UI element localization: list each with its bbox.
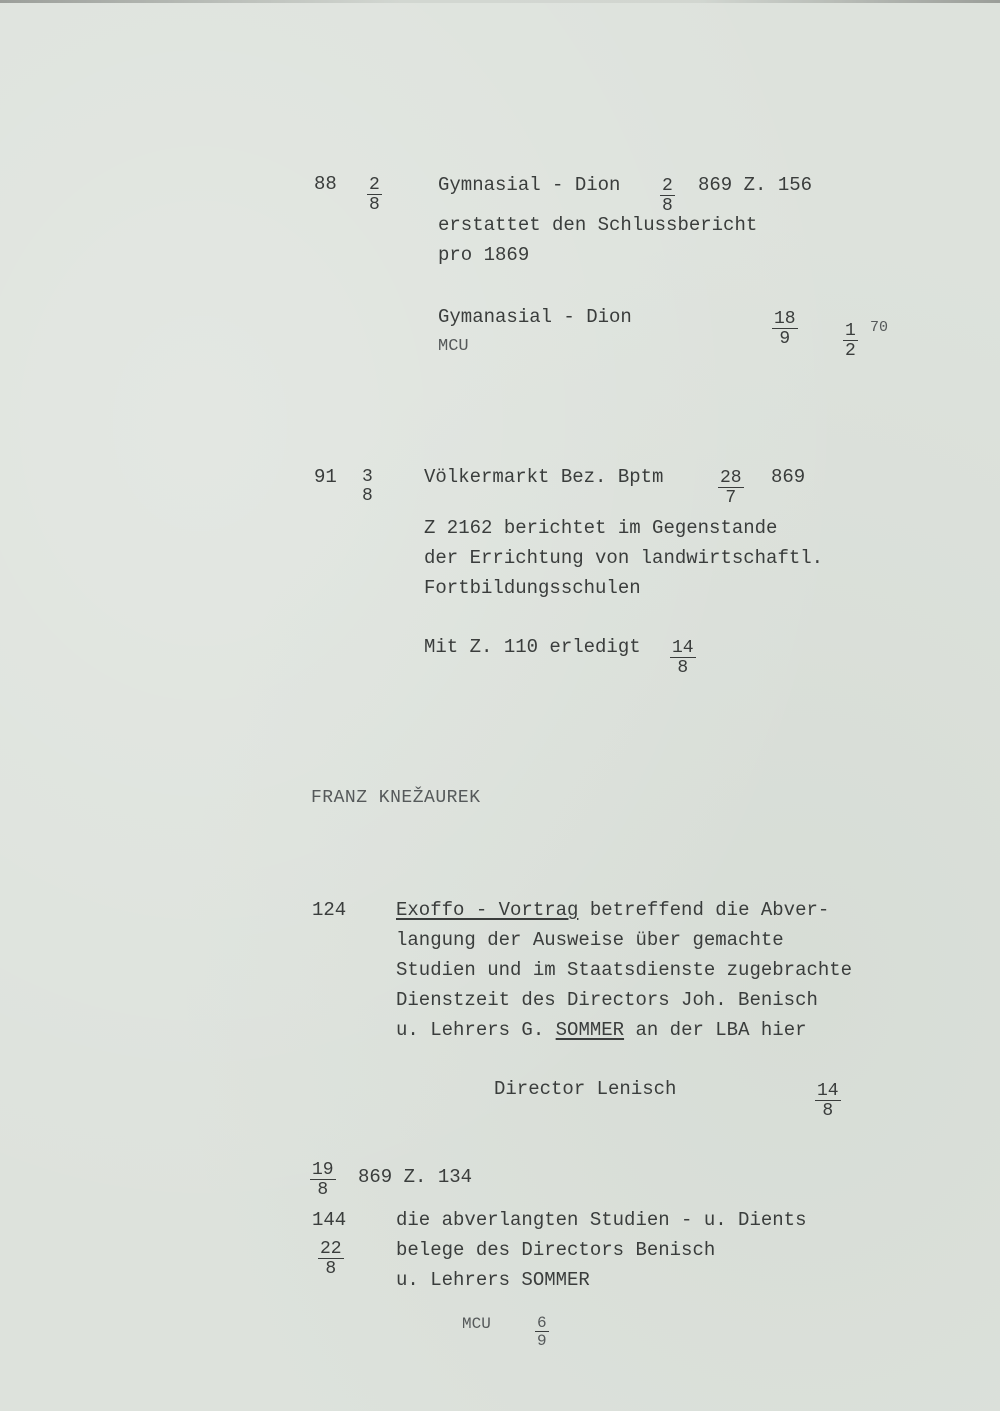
closing-note: Mit Z. 110 erledigt xyxy=(424,638,641,657)
entry-text-line: pro 1869 xyxy=(438,246,529,265)
title-fraction: 2 8 xyxy=(660,177,675,215)
followup-fraction: 1 2 xyxy=(843,322,858,360)
entry-fraction: 3 8 xyxy=(360,468,375,505)
title-fraction: 28 7 xyxy=(718,469,744,507)
followup-title: Gymanasial - Dion xyxy=(438,308,632,327)
entry-text-line: erstattet den Schlussbericht xyxy=(438,216,757,235)
entry-title: Gymnasial - Dion xyxy=(438,176,620,195)
entry-number: 144 xyxy=(312,1211,346,1230)
closing-fraction: 14 8 xyxy=(670,639,696,677)
page-top-edge xyxy=(0,0,1000,3)
entry-reference: 869 Z. 134 xyxy=(358,1168,472,1187)
addressee-fraction: 14 8 xyxy=(815,1082,841,1120)
followup-fraction: 18 9 xyxy=(772,310,798,348)
section-heading: FRANZ KNEŽAUREK xyxy=(311,789,481,807)
entry-text-line: Fortbildungsschulen xyxy=(424,579,641,598)
entry-title: Völkermarkt Bez. Bptm xyxy=(424,468,663,487)
addressee: Director Lenisch xyxy=(494,1080,676,1099)
entry-reference: 869 xyxy=(771,468,805,487)
entry-fraction: 22 8 xyxy=(318,1240,344,1278)
entry-text-line: langung der Ausweise über gemachte xyxy=(396,931,784,950)
entry-text-line: u. Lehrers SOMMER xyxy=(396,1271,590,1290)
entry-text-line: Studien und im Staatsdienste zugebrachte xyxy=(396,961,852,980)
entry-text-line: Dienstzeit des Directors Joh. Benisch xyxy=(396,991,818,1010)
entry-text-line: belege des Directors Benisch xyxy=(396,1241,715,1260)
entry-text-line: die abverlangten Studien - u. Dients xyxy=(396,1211,806,1230)
entry-fraction: 2 8 xyxy=(367,176,382,214)
date-fraction: 19 8 xyxy=(310,1161,336,1199)
entry-text-line: Z 2162 berichtet im Gegenstande xyxy=(424,519,777,538)
entry-text-line: der Errichtung von landwirtschaftl. xyxy=(424,549,823,568)
entry-text-line: u. Lehrers G. SOMMER an der LBA hier xyxy=(396,1021,807,1040)
followup-year: 70 xyxy=(870,320,888,335)
entry-number: 124 xyxy=(312,901,346,920)
entry-number: 91 xyxy=(314,468,337,487)
footer-label: MCU xyxy=(462,1316,491,1332)
sommer-underlined: SOMMER xyxy=(556,1019,624,1041)
followup-mcu: MCU xyxy=(438,338,469,355)
entry-reference: 869 Z. 156 xyxy=(698,176,812,195)
footer-fraction: 6 9 xyxy=(535,1315,549,1349)
entry-number: 88 xyxy=(314,175,337,194)
entry-text-line: Exoffo - Vortrag betreffend die Abver- xyxy=(396,901,829,920)
exoffo-underlined: Exoffo - Vortrag xyxy=(396,899,578,921)
